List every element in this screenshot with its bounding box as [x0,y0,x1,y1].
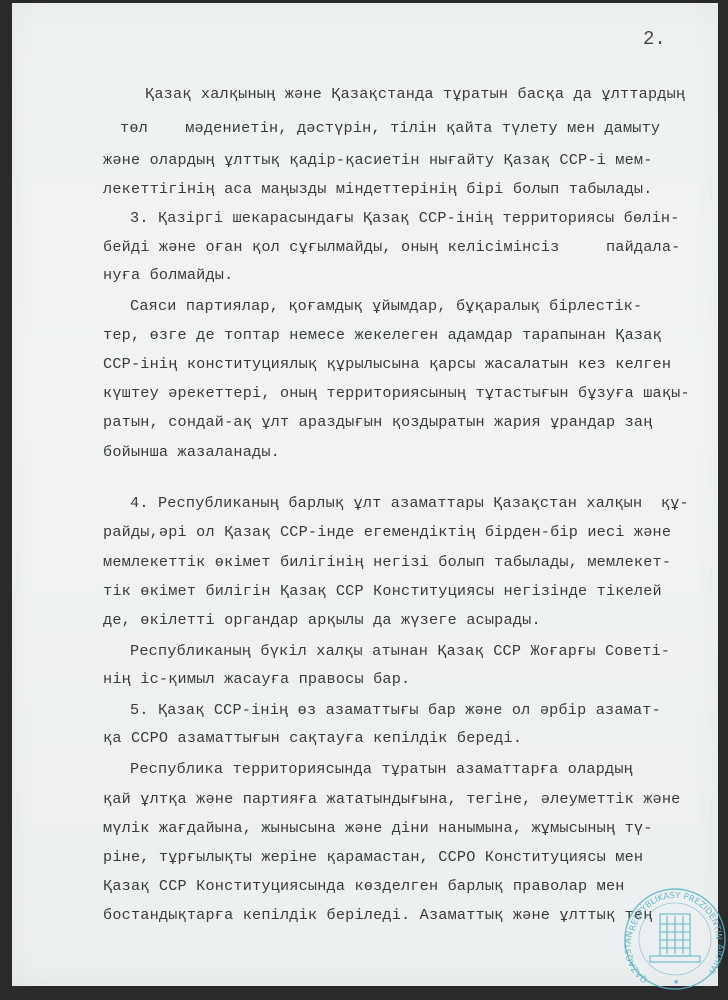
text-line: де, өкілетті органдар арқылы да жүзеге а… [103,611,541,629]
text-line: лекеттігінің аса маңызды міндеттерінің б… [103,180,653,198]
text-line: тер, өзге де топтар немесе жекелеген ада… [103,326,662,344]
text-line: Саяси партиялар, қоғамдық ұйымдар, бұқар… [130,297,642,315]
text-line: 4. Республиканың барлық ұлт азаматтары Қ… [130,494,689,512]
text-line: Республиканың бүкіл халқы атынан Қазақ С… [130,642,670,660]
text-line: Қазақ халқының және Қазақстанда тұратын … [145,85,685,103]
text-line: төл мәдениетін, дәстүрін, тілін қайта тү… [120,119,660,137]
svg-text:ARHIVI: ARHIVI [706,944,725,975]
text-line: ратын, сондай-ақ ұлт араздығын қоздыраты… [103,413,653,431]
svg-text:QAZAQSTAN: QAZAQSTAN [623,930,649,984]
text-line: 3. Қазіргі шекарасындағы Қазақ ССР-інің … [130,209,680,227]
text-line: қа ССРО азаматтығын сақтауға кепілдік бе… [103,729,522,747]
text-line: нуға болмайды. [103,266,233,284]
text-line: нің іс-қимыл жасауға правосы бар. [103,670,410,688]
archive-stamp: RESPÝBLIKASY PREZIDENTINIŃ QAZAQSTAN ARH… [620,884,728,994]
text-line: бейді және оған қол сұғылмайды, оның кел… [103,238,680,256]
star-icon: ★ [673,978,679,986]
text-line: күштеу әрекеттері, оның территориясының … [103,384,690,402]
text-line: бостандықтарға кепілдік беріледі. Азамат… [103,906,653,924]
text-line: тік өкімет билігін Қазақ ССР Конституция… [103,582,662,600]
text-line: және олардың ұлттық қадір-қасиетін нығай… [103,151,653,169]
text-line: Қазақ ССР Конституциясында көзделген бар… [103,877,625,895]
text-line: ССР-інің конституциялық құрылысына қарсы… [103,355,671,373]
text-line: Республика территориясында тұратын азама… [130,760,633,778]
stamp-text-left: QAZAQSTAN [623,930,649,984]
text-line: бойынша жазаланады. [103,443,280,461]
page-number: 2. [643,28,666,50]
text-line: ріне, тұрғылықты жеріне қарамастан, ССРО… [103,848,643,866]
stamp-text-right: ARHIVI [706,944,725,975]
text-line: қай ұлтқа және партияға жататындығына, т… [103,790,680,808]
text-line: мемлекеттік өкімет билігінің негізі болы… [103,553,671,571]
text-line: райды,әрі ол Қазақ ССР-інде егемендіктің… [103,523,671,541]
text-line: 5. Қазақ ССР-інің өз азаматтығы бар және… [130,701,661,719]
building-icon [650,914,700,962]
text-line: мүлік жағдайына, жынысына және діни наны… [103,819,653,837]
